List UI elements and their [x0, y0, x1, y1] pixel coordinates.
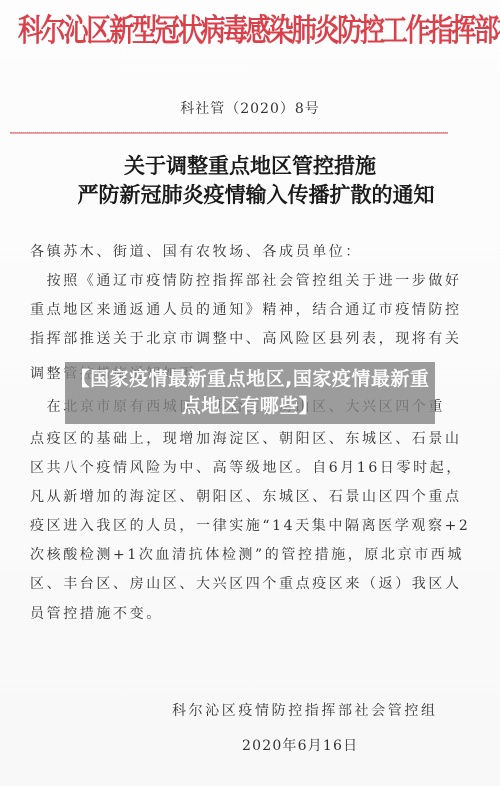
headline-banner: 【国家疫情最新重点地区,国家疫情最新重点地区有哪些】 — [65, 362, 435, 424]
body-line: 次核酸检测+1次血清抗体检测”的管控措施，原北京市西城 — [30, 544, 470, 564]
org-header: 科尔沁区新型冠状病毒感染肺炎防控工作指挥部社会管控组 — [18, 0, 448, 62]
body-line: 疫区进入我区的人员，一律实施“14天集中隔离医学观察+2 — [30, 515, 470, 535]
headline-text: 【国家疫情最新重点地区,国家疫情最新重点地区有哪些】 — [65, 366, 435, 420]
body-line: 点疫区的基础上，现增加海淀区、朝阳区、东城区、石景山 — [30, 428, 470, 448]
body-line: 区共八个疫情风险为中、高等级地区。自6月16日零时起， — [30, 457, 470, 477]
body-line: 按照《通辽市疫情防控指挥部社会管控组关于进一步做好 — [30, 270, 470, 290]
body-line: 凡从新增加的海淀区、朝阳区、东城区、石景山区四个重点 — [30, 486, 470, 506]
document-page: 科尔沁区新型冠状病毒感染肺炎防控工作指挥部社会管控组 科社管（2020）8号 关… — [0, 0, 500, 786]
body-line: 区、丰台区、房山区、大兴区四个重点疫区来（返）我区人 — [30, 573, 470, 593]
body-line: 各镇苏木、街道、国有农牧场、各成员单位： — [30, 241, 470, 261]
doc-title-line-2: 严防新冠肺炎疫情输入传播扩散的通知 — [6, 179, 500, 209]
body-line: 重点地区来通返通人员的通知》精神，结合通辽市疫情防控 — [30, 299, 470, 319]
doc-title-line-1: 关于调整重点地区管控措施 — [0, 150, 500, 180]
body-line: 指挥部推送关于北京市调整中、高风险区县列表，现将有关 — [30, 328, 470, 348]
signature-org: 科尔沁区疫情防控指挥部社会管控组 — [172, 700, 438, 720]
body-line: 员管控措施不变。 — [30, 603, 470, 623]
red-divider — [10, 132, 448, 134]
doc-number: 科社管（2020）8号 — [0, 98, 500, 118]
signature-date: 2020年6月16日 — [242, 735, 358, 755]
